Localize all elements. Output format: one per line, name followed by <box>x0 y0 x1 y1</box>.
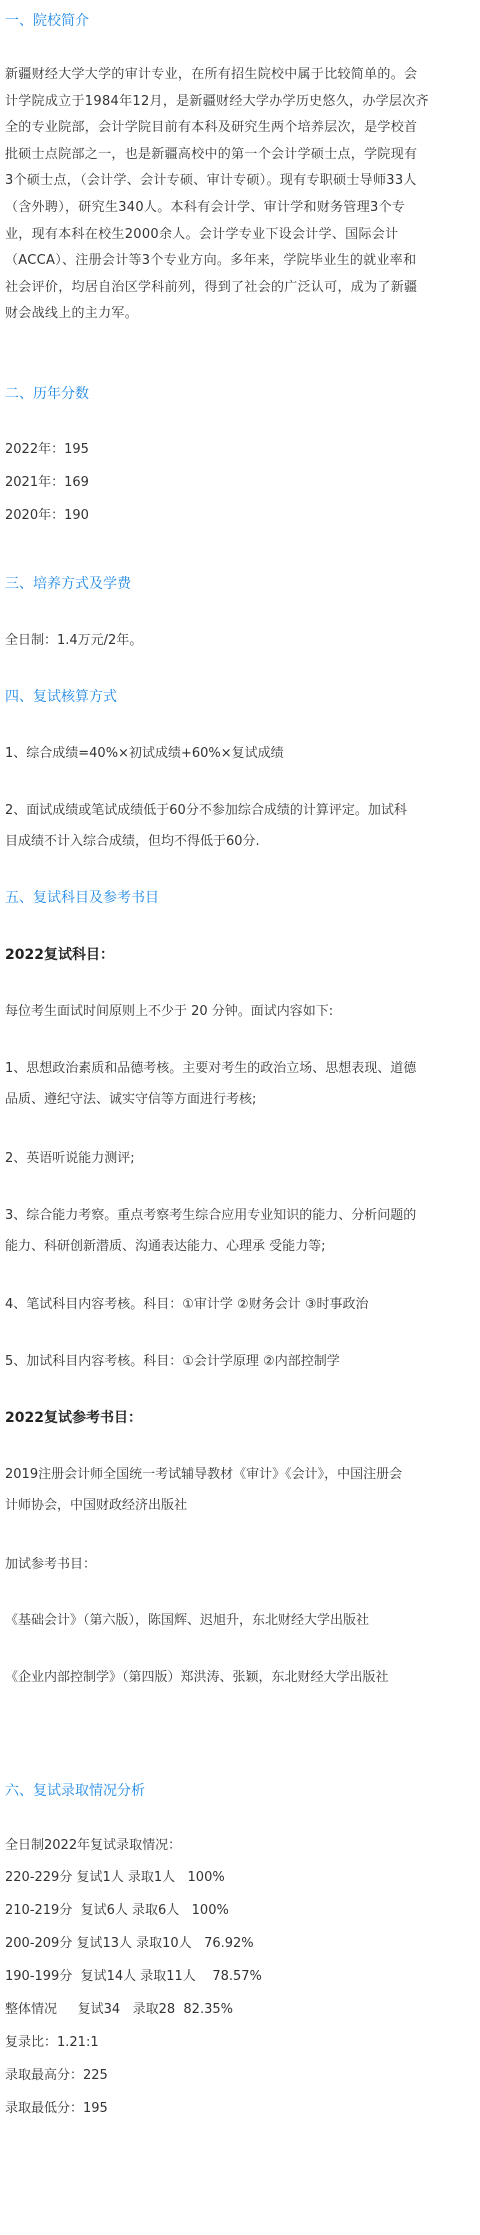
books-title: 2022复试参考书目： <box>5 1409 142 1427</box>
subject-item-2: 2、英语听说能力测评; <box>5 1150 135 1168</box>
admission-row: 220-229分 复试1人 录取1人 100% <box>5 1869 225 1887</box>
subject-item-3-line: 3、综合能力考察。重点考察考生综合应用专业知识的能力、分析问题的 <box>5 1207 416 1225</box>
section-heading-calc: 四、复试核算方式 <box>5 688 117 706</box>
admission-ratio: 复录比：1.21:1 <box>5 2034 99 2052</box>
subject-item-3-line: 能力、科研创新潜质、沟通表达能力、心理承 受能力等; <box>5 1238 326 1256</box>
book-1-line: 计师协会，中国财政经济出版社 <box>5 1497 187 1515</box>
calc-item-2-line: 目成绩不计入综合成绩，但均不得低于60分. <box>5 833 260 851</box>
intro-line: 业，现有本科在校生2000余人。会计学专业下设会计学、国际会计 <box>5 222 475 249</box>
admission-title: 全日制2022年复试录取情况： <box>5 1837 181 1855</box>
admission-row: 190-199分 复试14人 录取11人 78.57% <box>5 1968 262 1986</box>
calc-item-2-line: 2、面试成绩或笔试成绩低于60分不参加综合成绩的计算评定。加试科 <box>5 802 407 820</box>
intro-paragraph: 新疆财经大学大学的审计专业，在所有招生院校中属于比较简单的。会 计学院成立于19… <box>5 62 475 328</box>
calc-item-1: 1、综合成绩=40%×初试成绩+60%×复试成绩 <box>5 745 284 763</box>
subjects-title: 2022复试科目： <box>5 946 114 964</box>
admission-max-score: 录取最高分：225 <box>5 2067 108 2085</box>
admission-min-score: 录取最低分：195 <box>5 2100 108 2118</box>
subject-item-1-line: 1、思想政治素质和品德考核。主要对考生的政治立场、思想表现、道德 <box>5 1060 416 1078</box>
intro-line: 3个硕士点，（会计学、会计专硕、审计专硕）。现有专职硕士导师33人 <box>5 168 475 195</box>
admission-row: 200-209分 复试13人 录取10人 76.92% <box>5 1935 254 1953</box>
subject-item-4: 4、笔试科目内容考核。科目：①审计学 ②财务会计 ③时事政治 <box>5 1296 369 1314</box>
subject-item-5: 5、加试科目内容考核。科目：①会计学原理 ②内部控制学 <box>5 1353 340 1371</box>
admission-row: 210-219分 复试6人 录取6人 100% <box>5 1902 229 1920</box>
section-heading-scores: 二、历年分数 <box>5 385 89 403</box>
section-heading-admission: 六、复试录取情况分析 <box>5 1782 145 1800</box>
intro-line: 批硕士点院部之一，也是新疆高校中的第一个会计学硕士点，学院现有 <box>5 142 475 169</box>
intro-line: 计学院成立于1984年12月，是新疆财经大学办学历史悠久，办学层次齐 <box>5 89 475 116</box>
score-item: 2021年：169 <box>5 474 89 492</box>
intro-line: 财会战线上的主力军。 <box>5 301 475 328</box>
admission-row-total: 整体情况 复试34 录取28 82.35% <box>5 2001 233 2019</box>
intro-line: 社会评价，均居自治区学科前列，得到了社会的广泛认可，成为了新疆 <box>5 275 475 302</box>
extra-book-2: 《企业内部控制学》（第四版）郑洪涛、张颖，东北财经大学出版社 <box>5 1669 389 1687</box>
section-heading-fees: 三、培养方式及学费 <box>5 575 131 593</box>
interview-intro: 每位考生面试时间原则上不少于 20 分钟。面试内容如下: <box>5 1003 333 1021</box>
intro-line: 全的专业院部，会计学院目前有本科及研究生两个培养层次，是学校首 <box>5 115 475 142</box>
book-1-line: 2019注册会计师全国统一考试辅导教材《审计》《会计》，中国注册会 <box>5 1466 402 1484</box>
score-item: 2020年：190 <box>5 507 89 525</box>
intro-line: （含外聘），研究生340人。本科有会计学、审计学和财务管理3个专 <box>5 195 475 222</box>
intro-line: 新疆财经大学大学的审计专业，在所有招生院校中属于比较简单的。会 <box>5 62 475 89</box>
score-item: 2022年：195 <box>5 441 89 459</box>
extra-books-title: 加试参考书目： <box>5 1556 96 1574</box>
fee-text: 全日制：1.4万元/2年。 <box>5 632 142 650</box>
subject-item-1-line: 品质、遵纪守法、诚实守信等方面进行考核; <box>5 1091 256 1109</box>
extra-book-1: 《基础会计》（第六版），陈国辉、迟旭升，东北财经大学出版社 <box>5 1612 369 1630</box>
intro-line: （ACCA）、注册会计等3个专业方向。多年来，学院毕业生的就业率和 <box>5 248 475 275</box>
section-heading-intro: 一、院校简介 <box>5 12 89 30</box>
section-heading-subjects: 五、复试科目及参考书目 <box>5 889 159 907</box>
